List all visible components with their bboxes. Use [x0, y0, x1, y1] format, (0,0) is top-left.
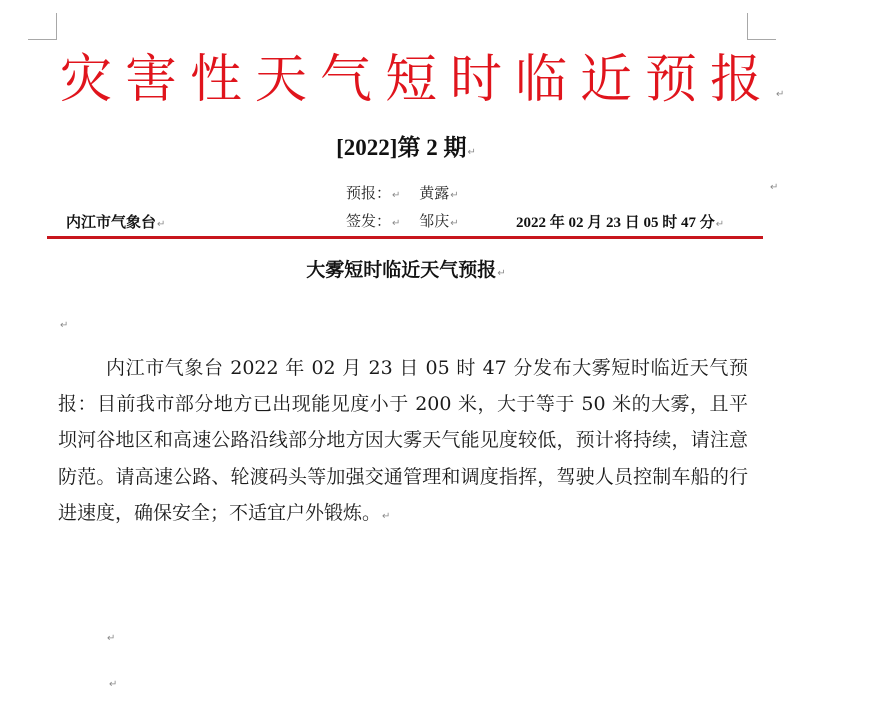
masthead-text: 灾害性天气短时临近预报: [60, 50, 775, 110]
paragraph-mark-icon: ↵: [382, 511, 390, 522]
crop-mark-top-right: [747, 13, 776, 40]
datetime-text: 2022 年 02 月 23 日 05 时 47 分: [516, 215, 715, 231]
paragraph-mark-icon: ↵: [109, 679, 117, 690]
forecaster-row: 预报：↵ 黄露↵: [346, 183, 459, 206]
document-subtitle: 大雾短时临近天气预报↵: [0, 256, 812, 288]
forecast-body-paragraph: 内江市气象台 2022 年 02 月 23 日 05 时 47 分发布大雾短时临…: [58, 350, 748, 535]
paragraph-mark-icon: ↵: [60, 320, 68, 331]
issue-number: [2022]第 2 期↵: [0, 133, 812, 168]
paragraph-mark-icon: ↵: [497, 268, 505, 279]
paragraph-mark-icon: ↵: [776, 89, 797, 100]
signer-row: 签发：↵ 邹庆↵: [346, 211, 459, 234]
paragraph-mark-icon: ↵: [392, 190, 400, 201]
header-divider-rule: [47, 236, 763, 239]
masthead-title: 灾害性天气短时临近预报↵: [60, 44, 760, 131]
paragraph-mark-icon: ↵: [716, 219, 724, 230]
signer-label: 签发：: [346, 212, 391, 230]
signer-name: 邹庆: [419, 212, 449, 230]
crop-mark-top-left: [28, 13, 57, 40]
forecaster-name: 黄露: [419, 184, 449, 202]
forecaster-label: 预报：: [346, 184, 391, 202]
paragraph-mark-icon: ↵: [157, 219, 165, 230]
paragraph-mark-icon: ↵: [467, 147, 475, 158]
issued-datetime: 2022 年 02 月 23 日 05 时 47 分↵: [516, 211, 724, 232]
organization: 内江市气象台↵: [66, 211, 165, 232]
issue-text: [2022]第 2 期: [336, 135, 466, 160]
paragraph-mark-icon: ↵: [450, 218, 458, 229]
paragraph-mark-icon: ↵: [770, 182, 778, 193]
body-text: 内江市气象台 2022 年 02 月 23 日 05 时 47 分发布大雾短时临…: [58, 357, 748, 524]
organization-text: 内江市气象台: [66, 213, 156, 231]
subtitle-text: 大雾短时临近天气预报: [306, 259, 496, 281]
paragraph-mark-icon: ↵: [450, 190, 458, 201]
paragraph-mark-icon: ↵: [107, 633, 115, 644]
paragraph-mark-icon: ↵: [392, 218, 400, 229]
